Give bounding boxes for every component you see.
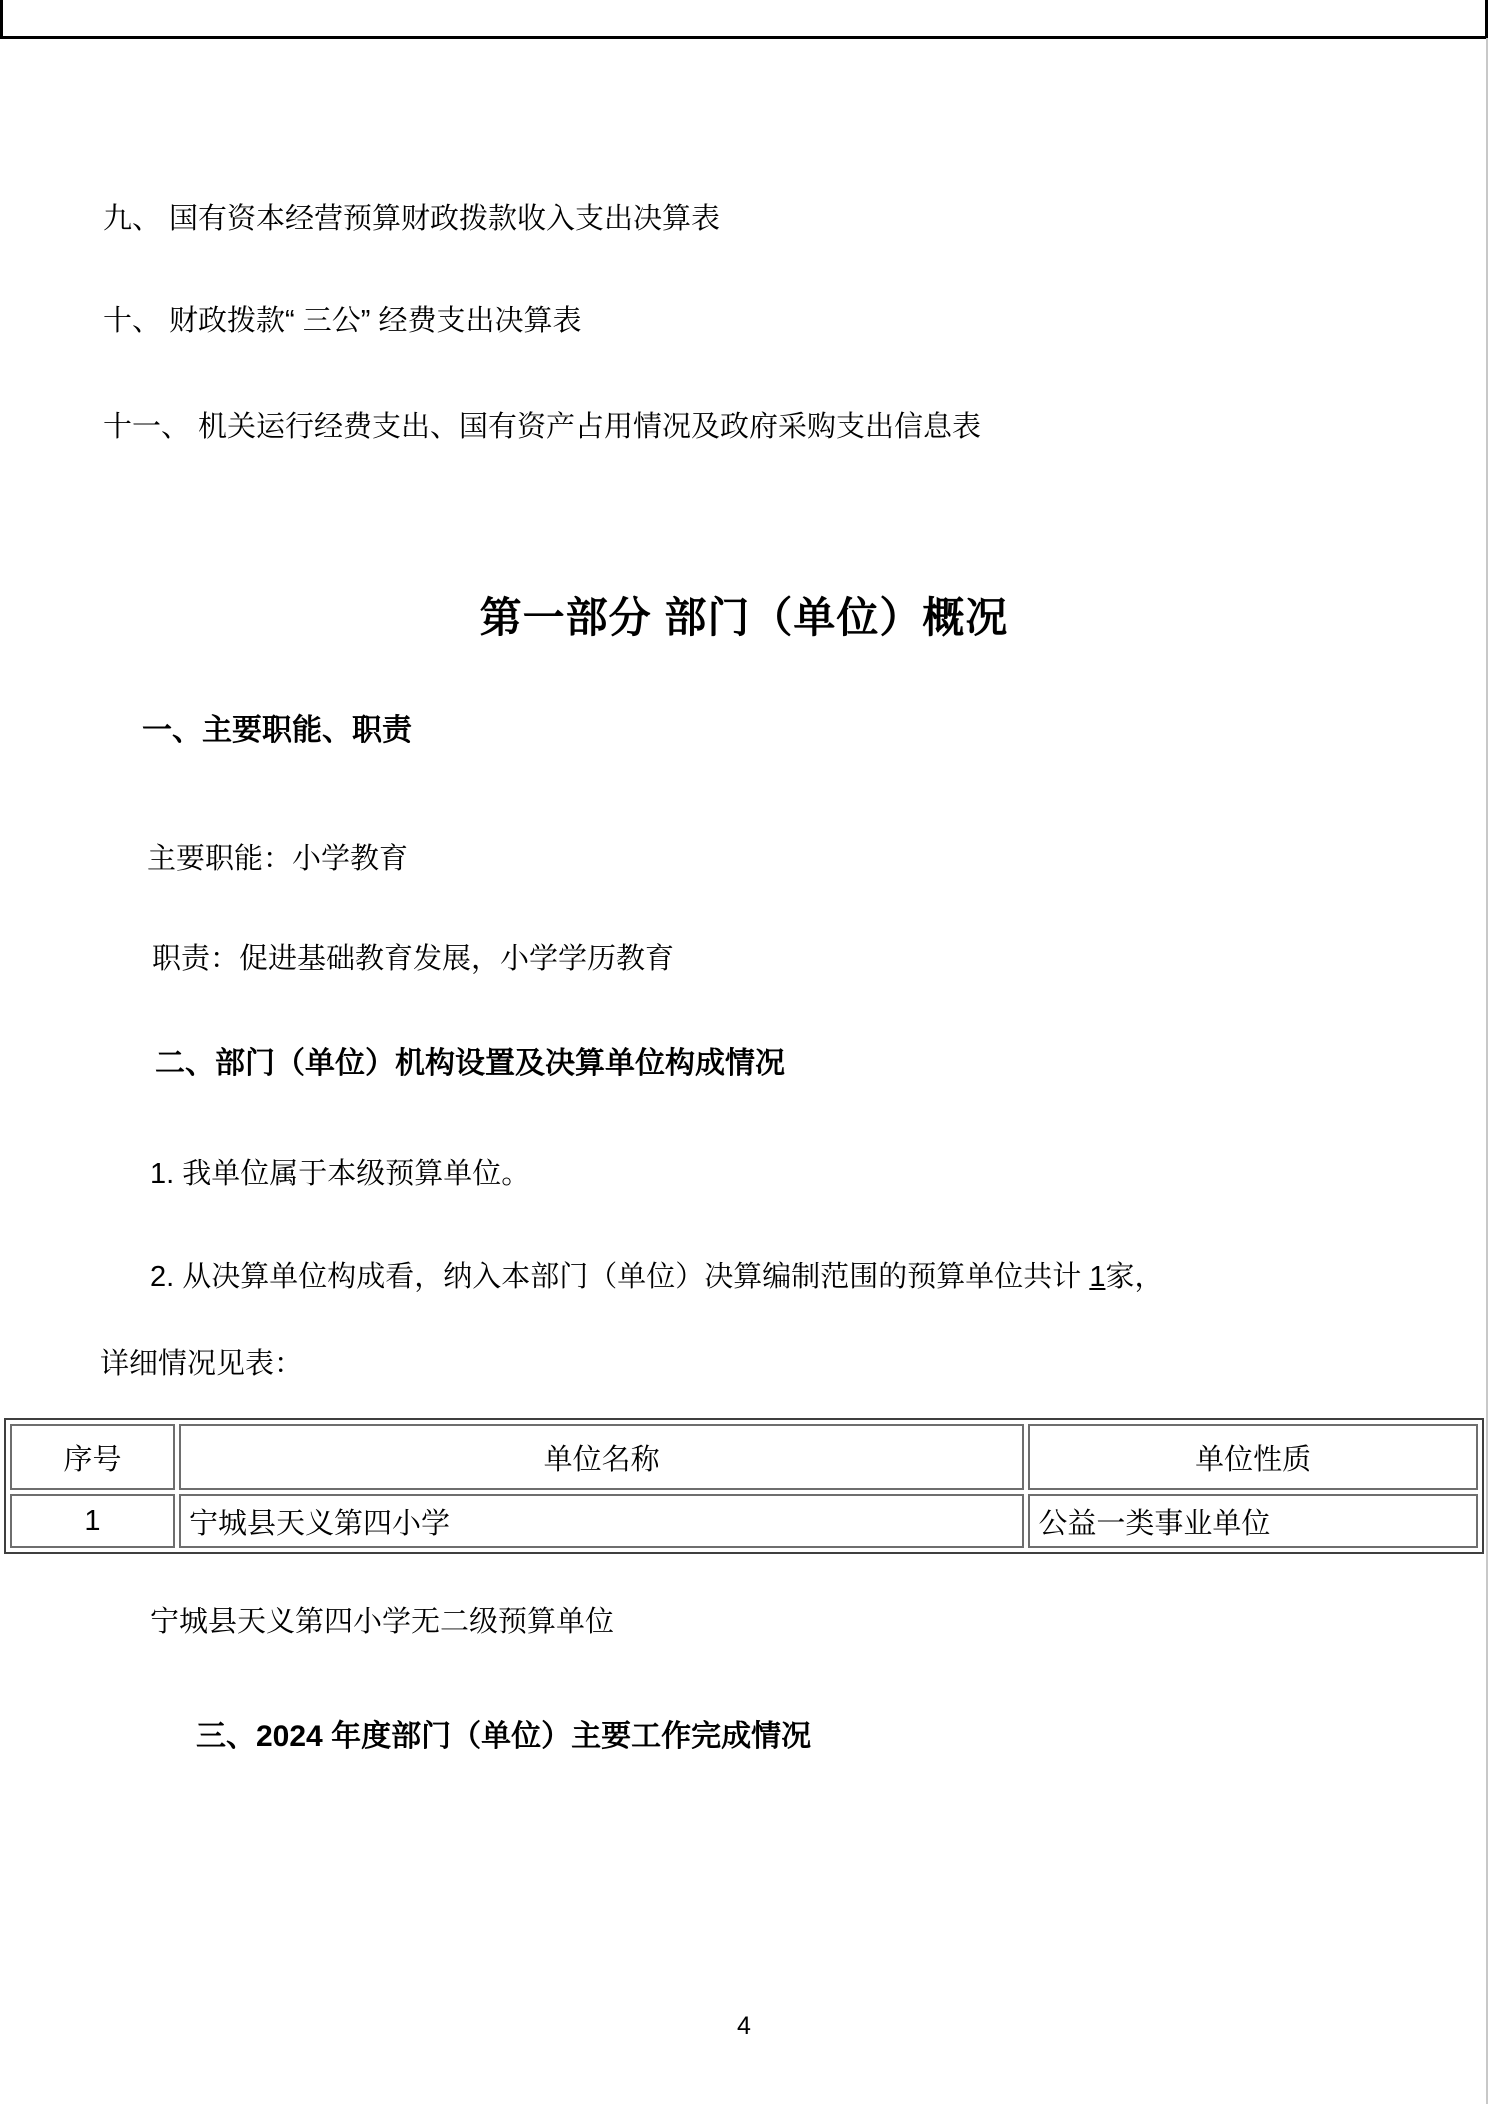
section-1-heading: 一、主要职能、职责	[142, 712, 412, 750]
page-top-border	[0, 0, 1488, 39]
unit-count-text-after: 家，	[1105, 1261, 1163, 1293]
unit-count-text-before: 2. 从决算单位构成看，纳入本部门（单位）决算编制范围的预算单位共计	[150, 1261, 1089, 1293]
cell-serial-number: 1	[10, 1494, 175, 1548]
budget-unit-paragraph: 1. 我单位属于本级预算单位。	[150, 1155, 530, 1193]
header-unit-nature: 单位性质	[1028, 1424, 1478, 1490]
no-subunit-note: 宁城县天义第四小学无二级预算单位	[150, 1603, 614, 1641]
units-table-header-row: 序号 单位名称 单位性质	[10, 1424, 1478, 1490]
part-title: 第一部分 部门（单位）概况	[0, 585, 1488, 645]
header-serial-number: 序号	[10, 1424, 175, 1490]
section-2-heading: 二、部门（单位）机构设置及决算单位构成情况	[155, 1045, 785, 1083]
unit-count-paragraph: 2. 从决算单位构成看，纳入本部门（单位）决算编制范围的预算单位共计 1家，	[150, 1258, 1163, 1296]
table-row: 1 宁城县天义第四小学 公益一类事业单位	[10, 1494, 1478, 1548]
header-unit-name: 单位名称	[179, 1424, 1024, 1490]
cell-unit-nature: 公益一类事业单位	[1028, 1494, 1478, 1548]
document-page: 九、 国有资本经营预算财政拨款收入支出决算表 十、 财政拨款“ 三公” 经费支出…	[0, 0, 1488, 2104]
toc-item-9: 九、 国有资本经营预算财政拨款收入支出决算表	[103, 200, 720, 238]
unit-count-value: 1	[1089, 1261, 1105, 1293]
toc-item-10: 十、 财政拨款“ 三公” 经费支出决算表	[103, 302, 582, 340]
cell-unit-name: 宁城县天义第四小学	[179, 1494, 1024, 1548]
main-function-text: 主要职能：小学教育	[147, 840, 408, 878]
toc-item-11: 十一、 机关运行经费支出、国有资产占用情况及政府采购支出信息表	[103, 408, 981, 446]
units-table: 序号 单位名称 单位性质 1 宁城县天义第四小学 公益一类事业单位	[4, 1418, 1484, 1554]
see-table-text: 详细情况见表：	[100, 1345, 303, 1383]
page-number: 4	[0, 2012, 1488, 2041]
duty-text: 职责：促进基础教育发展，小学学历教育	[152, 940, 674, 978]
section-3-heading: 三、2024 年度部门（单位）主要工作完成情况	[196, 1718, 811, 1756]
